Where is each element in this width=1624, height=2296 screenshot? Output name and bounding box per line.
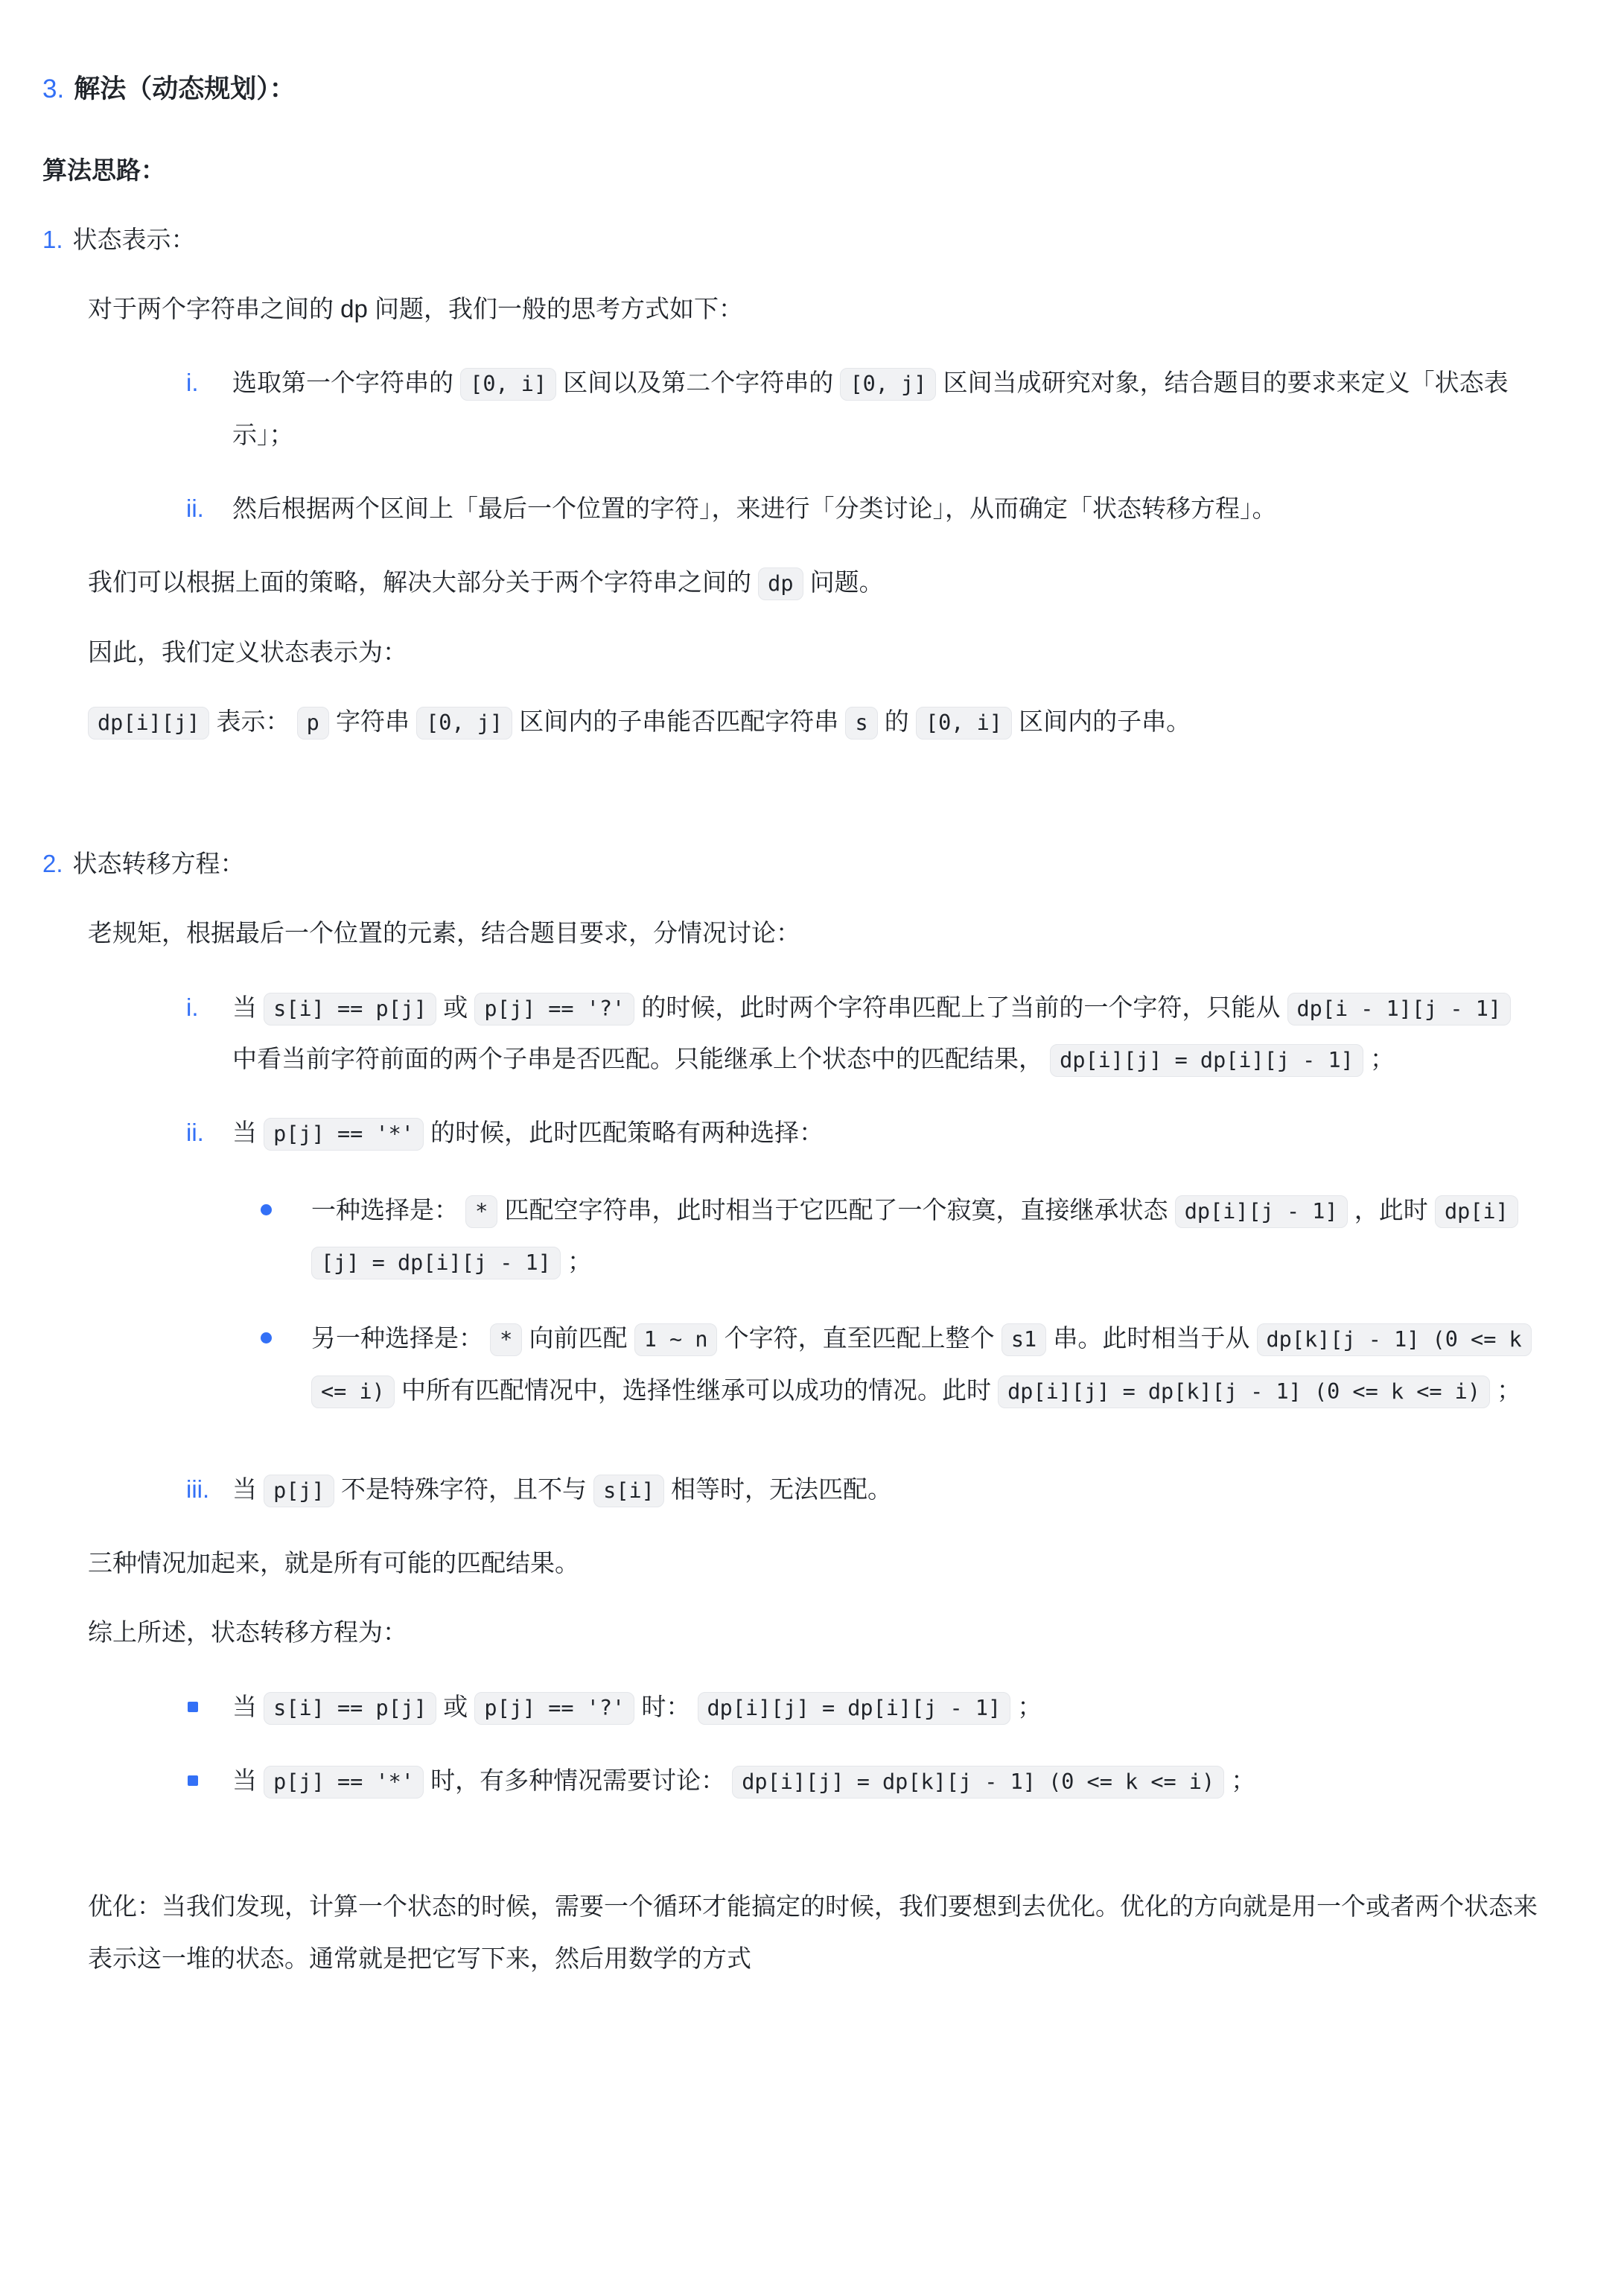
square-bullet-icon: [186, 1681, 232, 1732]
inline-code: [0, j]: [416, 707, 512, 740]
text-run: 中看当前字符前面的两个子串是否匹配。只能继承上个状态中的匹配结果，: [232, 1045, 1050, 1072]
text-run: 的时候，此时匹配策略有两种选择：: [424, 1119, 824, 1146]
roman-item: i.当 s[i] == p[j] 或 p[j] == '?' 的时候，此时两个字…: [186, 982, 1541, 1085]
text-run: 区间内的子串能否匹配字符串: [512, 707, 845, 735]
text-run: 中所有匹配情况中，选择性继承可以成功的情况。此时: [395, 1376, 998, 1404]
numbered-item: 1.状态表示：对于两个字符串之间的 dp 问题，我们一般的思考方式如下：i.选取…: [42, 214, 1541, 747]
text-run: 当: [232, 1693, 264, 1720]
text-run: 时：: [634, 1693, 697, 1720]
text-run: 当: [232, 1119, 264, 1146]
roman-list: i.选取第一个字符串的 [0, i] 区间以及第二个字符串的 [0, j] 区间…: [88, 357, 1541, 534]
paragraph: dp[i][j] 表示： p 字符串 [0, j] 区间内的子串能否匹配字符串 …: [88, 696, 1541, 747]
list-number: 2.: [42, 838, 63, 889]
inline-code: s: [845, 707, 877, 740]
inline-code: dp[i][j] = dp[i][j - 1]: [698, 1692, 1011, 1725]
text-run: ，此时: [1348, 1196, 1435, 1224]
bullet-item-text: 另一种选择是： * 向前匹配 1 ~ n 个字符，直至匹配上整个 s1 串。此时…: [311, 1312, 1541, 1416]
section-heading: 3.解法（动态规划）：: [42, 67, 1541, 112]
inline-code: s[i] == p[j]: [264, 993, 436, 1025]
text-run: 综上所述，状态转移方程为：: [88, 1618, 407, 1646]
numbered-item-body: 老规矩，根据最后一个位置的元素，结合题目要求，分情况讨论：i.当 s[i] ==…: [42, 907, 1541, 1983]
inline-code: dp[i][j] = dp[k][j - 1] (0 <= k <= i): [732, 1766, 1224, 1799]
text-run: 对于两个字符串之间的 dp 问题，我们一般的思考方式如下：: [88, 295, 743, 322]
text-run: 当: [232, 993, 264, 1021]
text-run: 三种情况加起来，就是所有可能的匹配结果。: [88, 1549, 579, 1577]
numbered-item-header: 2.状态转移方程：: [42, 838, 1541, 889]
text-run: 相等时，无法匹配。: [664, 1475, 892, 1503]
numbered-list: 1.状态表示：对于两个字符串之间的 dp 问题，我们一般的思考方式如下：i.选取…: [42, 214, 1541, 1984]
text-run: 当: [232, 1766, 264, 1794]
text-run: 串。此时相当于从: [1046, 1324, 1256, 1352]
roman-item: ii.当 p[j] == '*' 的时候，此时匹配策略有两种选择：一种选择是： …: [186, 1107, 1541, 1440]
roman-item-text: 当 p[j] == '*' 的时候，此时匹配策略有两种选择：: [232, 1107, 1541, 1158]
square-item: 当 p[j] == '*' 时，有多种情况需要讨论： dp[i][j] = dp…: [186, 1755, 1541, 1806]
inline-code: dp[i][j] = dp[i][j - 1]: [1050, 1044, 1363, 1077]
text-run: ；: [1363, 1045, 1395, 1072]
inline-code: 1 ~ n: [634, 1323, 718, 1356]
inline-code: [0, i]: [460, 368, 556, 401]
inline-code: dp[i - 1][j - 1]: [1287, 993, 1512, 1025]
text-run: 优化：当我们发现，计算一个状态的时候，需要一个循环才能搞定的时候，我们要想到去优…: [88, 1892, 1538, 1971]
roman-item: iii.当 p[j] 不是特殊字符，且不与 s[i] 相等时，无法匹配。: [186, 1463, 1541, 1515]
text-run: 另一种选择是：: [311, 1324, 490, 1352]
inline-code: p[j] == '*': [264, 1118, 424, 1151]
list-number: 1.: [42, 214, 63, 265]
inline-code: dp[i][j] = dp[k][j - 1] (0 <= k <= i): [998, 1376, 1490, 1408]
square-bullet-icon: [186, 1755, 232, 1806]
subheading: 算法思路：: [42, 144, 1541, 196]
inline-code: p: [297, 707, 329, 740]
text-run: 选取第一个字符串的: [232, 369, 460, 396]
text-run: 问题。: [803, 568, 884, 596]
text-run: 向前匹配: [522, 1324, 634, 1352]
inline-code: dp[i][j - 1]: [1175, 1195, 1348, 1228]
text-run: 表示：: [209, 707, 296, 735]
numbered-item: 2.状态转移方程：老规矩，根据最后一个位置的元素，结合题目要求，分情况讨论：i.…: [42, 838, 1541, 1984]
inline-code: s[i]: [593, 1475, 664, 1507]
square-item-text: 当 s[i] == p[j] 或 p[j] == '?' 时： dp[i][j]…: [232, 1681, 1541, 1732]
inline-code: s[i] == p[j]: [264, 1692, 436, 1725]
inline-code: p[j] == '*': [264, 1766, 424, 1799]
bullet-dot-icon: [258, 1312, 311, 1416]
text-run: 我们可以根据上面的策略，解决大部分关于两个字符串之间的: [88, 568, 758, 596]
roman-item-text: 当 p[j] 不是特殊字符，且不与 s[i] 相等时，无法匹配。: [232, 1463, 1541, 1515]
bullet-dot-icon: [258, 1184, 311, 1288]
paragraph: 优化：当我们发现，计算一个状态的时候，需要一个循环才能搞定的时候，我们要想到去优…: [88, 1880, 1541, 1984]
text-run: 或: [436, 1693, 474, 1720]
text-run: ；: [561, 1247, 592, 1275]
heading-title: 解法（动态规划）：: [74, 67, 296, 112]
inline-code: s1: [1002, 1323, 1046, 1356]
text-run: 或: [436, 993, 474, 1021]
text-run: 然后根据两个区间上「最后一个位置的字符」，来进行「分类讨论」，从而确定「状态转移…: [232, 495, 1277, 522]
numbered-item-title: 状态转移方程：: [73, 838, 245, 889]
text-run: ；: [1224, 1766, 1255, 1794]
text-run: 当: [232, 1475, 264, 1503]
roman-item-content: 选取第一个字符串的 [0, i] 区间以及第二个字符串的 [0, j] 区间当成…: [232, 357, 1541, 460]
text-run: 匹配空字符串，此时相当于它匹配了一个寂寞，直接继承状态: [497, 1196, 1174, 1224]
roman-marker: i.: [186, 982, 232, 1085]
text-run: ；: [1010, 1693, 1042, 1720]
inline-code: *: [490, 1323, 522, 1356]
text-run: 字符串: [329, 707, 416, 735]
bullet-item: 另一种选择是： * 向前匹配 1 ~ n 个字符，直至匹配上整个 s1 串。此时…: [258, 1312, 1541, 1416]
text-run: 区间以及第二个字符串的: [556, 369, 840, 396]
text-run: 的: [878, 707, 916, 735]
roman-item-content: 当 s[i] == p[j] 或 p[j] == '?' 的时候，此时两个字符串…: [232, 982, 1541, 1085]
bullet-item: 一种选择是： * 匹配空字符串，此时相当于它匹配了一个寂寞，直接继承状态 dp[…: [258, 1184, 1541, 1288]
heading-number: 3.: [42, 67, 64, 112]
paragraph: 对于两个字符串之间的 dp 问题，我们一般的思考方式如下：: [88, 283, 1541, 334]
inline-code: p[j] == '?': [474, 993, 634, 1025]
roman-item-text: 选取第一个字符串的 [0, i] 区间以及第二个字符串的 [0, j] 区间当成…: [232, 357, 1541, 460]
inline-code: dp: [758, 567, 803, 600]
square-item: 当 s[i] == p[j] 或 p[j] == '?' 时： dp[i][j]…: [186, 1681, 1541, 1732]
text-run: 老规矩，根据最后一个位置的元素，结合题目要求，分情况讨论：: [88, 919, 800, 947]
bullet-list: 一种选择是： * 匹配空字符串，此时相当于它匹配了一个寂寞，直接继承状态 dp[…: [232, 1184, 1541, 1416]
bullet-item-text: 一种选择是： * 匹配空字符串，此时相当于它匹配了一个寂寞，直接继承状态 dp[…: [311, 1184, 1541, 1288]
roman-marker: i.: [186, 357, 232, 460]
roman-list: i.当 s[i] == p[j] 或 p[j] == '?' 的时候，此时两个字…: [88, 982, 1541, 1515]
document: 3.解法（动态规划）：算法思路：1.状态表示：对于两个字符串之间的 dp 问题，…: [0, 0, 1624, 1984]
text-run: 时，有多种情况需要讨论：: [424, 1766, 732, 1794]
inline-code: *: [465, 1195, 497, 1228]
inline-code: [0, j]: [840, 368, 936, 401]
text-run: ；: [1490, 1376, 1521, 1404]
inline-code: p[j] == '?': [474, 1692, 634, 1725]
inline-code: [0, i]: [916, 707, 1012, 740]
text-run: 因此，我们定义状态表示为：: [88, 638, 407, 666]
text-run: 的时候，此时两个字符串匹配上了当前的一个字符，只能从: [634, 993, 1287, 1021]
roman-item-content: 当 p[j] 不是特殊字符，且不与 s[i] 相等时，无法匹配。: [232, 1463, 1541, 1515]
numbered-item-body: 对于两个字符串之间的 dp 问题，我们一般的思考方式如下：i.选取第一个字符串的…: [42, 283, 1541, 747]
text-run: 不是特殊字符，且不与: [334, 1475, 593, 1503]
roman-item-text: 当 s[i] == p[j] 或 p[j] == '?' 的时候，此时两个字符串…: [232, 982, 1541, 1085]
square-list: 当 s[i] == p[j] 或 p[j] == '?' 时： dp[i][j]…: [88, 1681, 1541, 1807]
paragraph: 三种情况加起来，就是所有可能的匹配结果。: [88, 1537, 1541, 1589]
roman-item-text: 然后根据两个区间上「最后一个位置的字符」，来进行「分类讨论」，从而确定「状态转移…: [232, 483, 1541, 534]
inline-code: dp[i][j]: [88, 707, 209, 740]
roman-item-content: 然后根据两个区间上「最后一个位置的字符」，来进行「分类讨论」，从而确定「状态转移…: [232, 483, 1541, 534]
paragraph: 我们可以根据上面的策略，解决大部分关于两个字符串之间的 dp 问题。: [88, 556, 1541, 608]
text-run: 区间内的子串。: [1012, 707, 1191, 735]
numbered-item-header: 1.状态表示：: [42, 214, 1541, 265]
roman-item: i.选取第一个字符串的 [0, i] 区间以及第二个字符串的 [0, j] 区间…: [186, 357, 1541, 460]
roman-marker: iii.: [186, 1463, 232, 1515]
roman-marker: ii.: [186, 1107, 232, 1440]
paragraph: 老规矩，根据最后一个位置的元素，结合题目要求，分情况讨论：: [88, 907, 1541, 958]
text-run: 一种选择是：: [311, 1196, 465, 1224]
numbered-item-title: 状态表示：: [73, 214, 196, 265]
roman-item-content: 当 p[j] == '*' 的时候，此时匹配策略有两种选择：一种选择是： * 匹…: [232, 1107, 1541, 1440]
inline-code: p[j]: [264, 1475, 334, 1507]
roman-marker: ii.: [186, 483, 232, 534]
roman-item: ii.然后根据两个区间上「最后一个位置的字符」，来进行「分类讨论」，从而确定「状…: [186, 483, 1541, 534]
square-item-text: 当 p[j] == '*' 时，有多种情况需要讨论： dp[i][j] = dp…: [232, 1755, 1541, 1806]
paragraph: 因此，我们定义状态表示为：: [88, 626, 1541, 678]
text-run: 个字符，直至匹配上整个: [717, 1324, 1001, 1352]
paragraph: 综上所述，状态转移方程为：: [88, 1606, 1541, 1658]
